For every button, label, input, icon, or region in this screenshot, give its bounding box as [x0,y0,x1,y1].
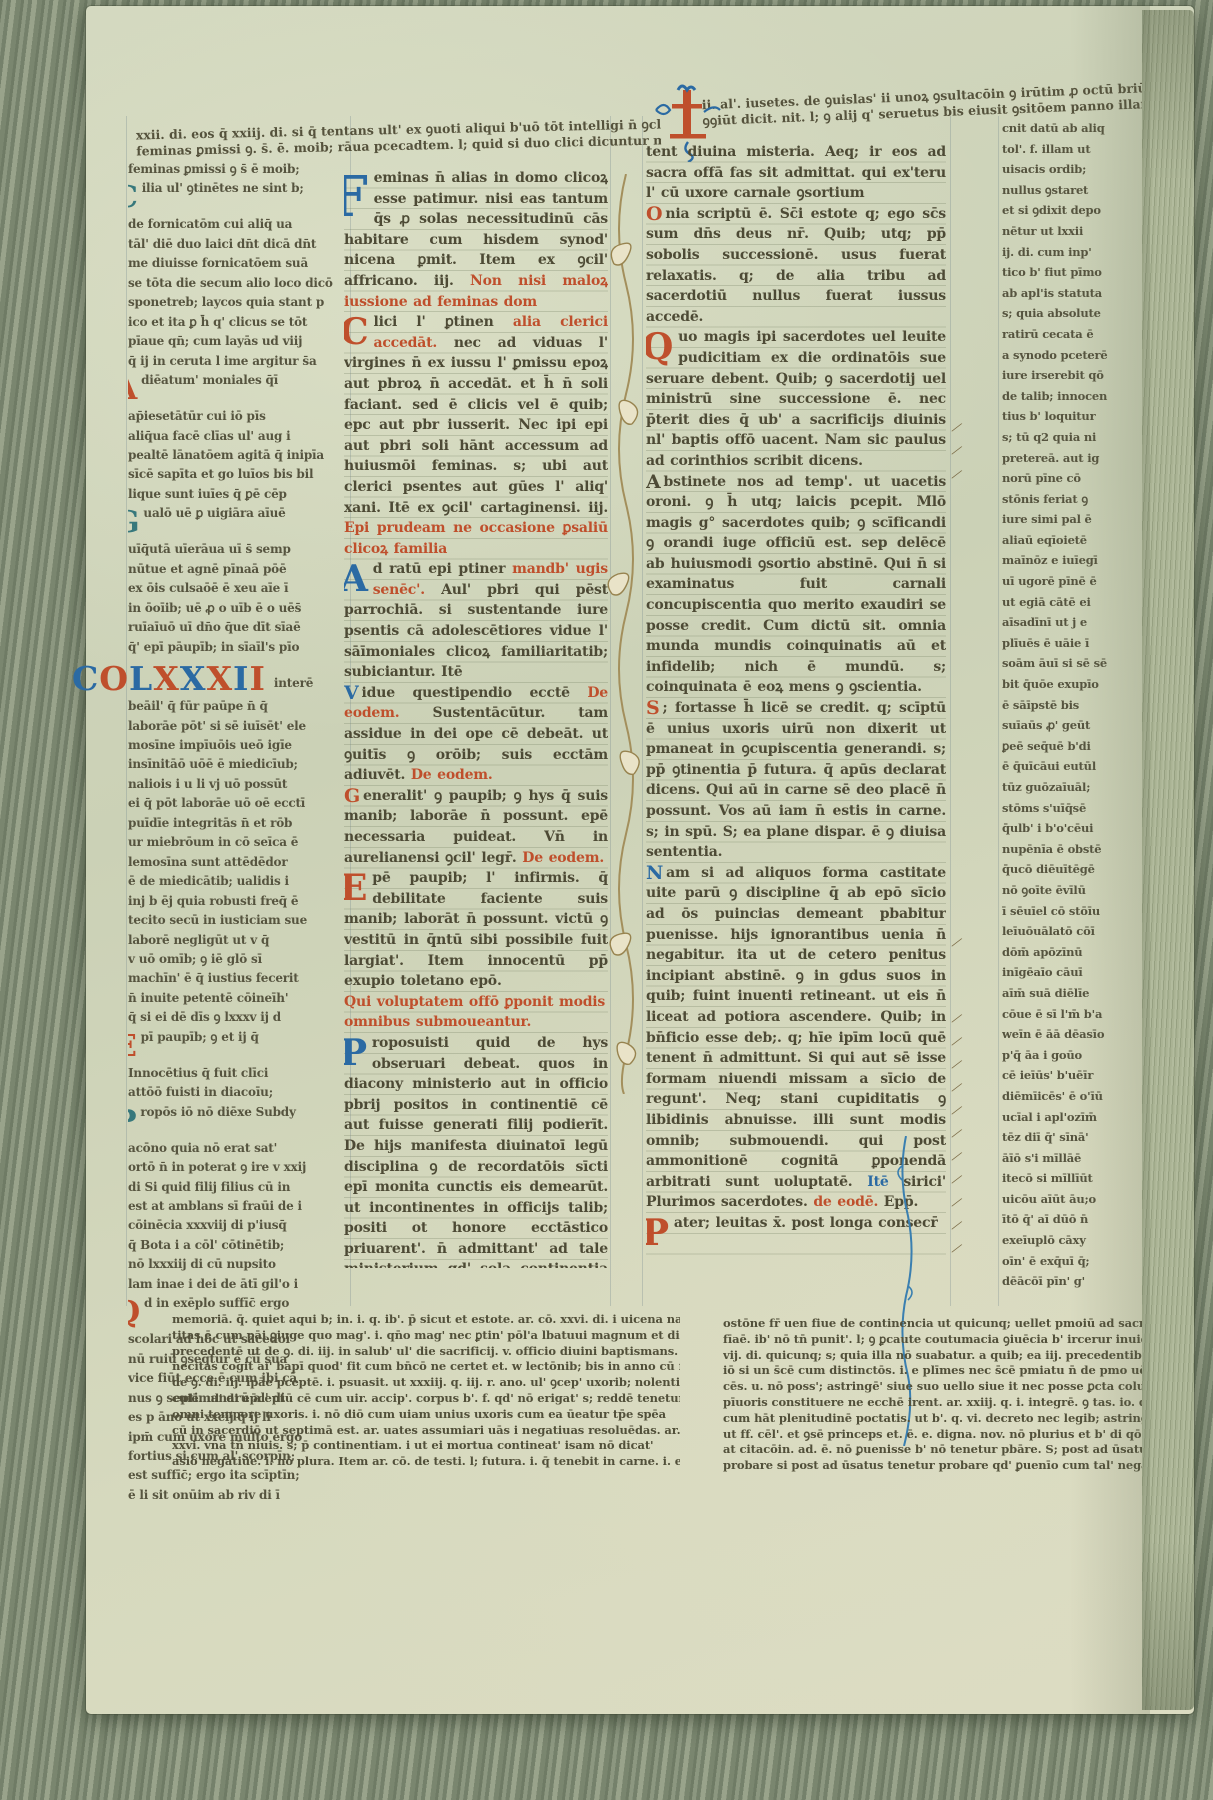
gloss-line: cē ieīūs' b'uēīr [1002,1065,1118,1086]
text-block: Feminas n̄ alias in domo clicoꝝ esse pat… [344,168,608,312]
text-run: Epi prudeam ne occasione ꝑsaliū clicoꝝ f… [344,520,608,557]
text-block: Ad ratū epi ptiner mandb' ugis senēc'. A… [344,559,608,683]
text-run: lici l' ꝑtinen [373,314,512,330]
text-run: Qui voluptatem offō ꝑponit modis omnibus… [344,994,605,1031]
gloss-line: ab apl'is statuta [1002,283,1118,304]
left-gloss-upper: feminas ꝑmissi ꝯ s̄ ē moib;Cilia ul' ꝯti… [128,160,356,657]
gloss-line: exeīuplō cāxy [1002,1230,1118,1251]
text-run: d ratū epi ptiner [373,561,512,577]
gloss-line: laborāe pōt' si sē iuīsēt' ele [128,717,356,736]
top-gloss-right: ii. al'. iusetes. de ꝯuislas' ii unoꝝ ꝯs… [702,79,1185,128]
gloss-line: tecito secū in iusticiam sue [128,911,356,930]
gloss-line: q̄ si ei dē dīs ꝯ lxxxv ij d [128,1008,356,1027]
manuscript-page: xxii. di. eos q̄ xxiij. di. si q̄ tentan… [86,6,1194,1714]
gloss-line: nullus ꝯstaret [1002,180,1118,201]
gloss-line: at citacōin. ad. ē. nō ꝑuenisse b' nō te… [723,1442,1193,1458]
gloss-line: maīnōz e iuīegī [1002,550,1118,571]
numeral-letter: I [233,661,249,697]
gloss-line: iure simi pal ē [1002,509,1118,530]
text-run: De eodem. [522,850,604,866]
text-run: eminas n̄ alias in domo clicoꝝ esse pati… [344,170,608,289]
gloss-initial: G [128,506,139,540]
gloss-line: lemosīna sunt attēdēdor [128,853,356,872]
gloss-line: cōue ē sī l'm̄ b'a [1002,1004,1118,1025]
gloss-initial: C [128,181,138,215]
correction-tick: ⟋ [951,1126,963,1143]
illuminated-initial: S [646,698,660,719]
correction-tick: ⟋ [951,1149,963,1166]
text-run: De eodem. [411,767,493,783]
book-fore-edge [1142,10,1194,1710]
gloss-line: cōinēcia xxxviij di p'iusq̄ [128,1216,356,1235]
gloss-initial: E [128,1030,137,1064]
text-run: de eodē. [813,1194,878,1210]
gloss-initial: P [128,1105,136,1139]
gloss-line: insīnitāō uōē ē miedicīub; [128,755,356,774]
gloss-line: uisacis ordib; [1002,159,1118,180]
gloss-line: lique sunt iuīes q̄ ꝑē cēp [128,485,356,504]
gloss-line: fīaē. ib' nō tn̄ punit'. l; ꝯ ꝑcaute cou… [723,1332,1193,1348]
text-block: Clici l' ꝑtinen alia clerici accedāt. ne… [344,312,608,559]
gloss-line: tūz guōzaīuāl; [1002,777,1118,798]
gloss-line: cnit datū ab aliq [1002,118,1118,139]
text-block: Generalit' ꝯ paupib; ꝯ hys q̄ suis manib… [344,786,608,868]
right-margin-gloss: cnit datū ab aliqtol'. f. illam utuisaci… [1002,118,1118,1292]
illuminated-initial: F [344,168,368,226]
gloss-line: ī sēuīel cō stōīu [1002,901,1118,922]
folio-numeral: COLXXXII interē [72,657,356,697]
gloss-line: s; quia absolute [1002,303,1118,324]
text-run: bstinete nos ad temp'. ut uacetis oroni.… [646,474,946,696]
gloss-line: stōms s'uīq̄sē [1002,798,1118,819]
gloss-line: q̄ ij in ceruta l ime argitur s̄a [128,352,356,371]
illuminated-initial: N [646,863,663,884]
gloss-line: q̄' epī pāupīb; in sīaīl's pīo [128,638,356,657]
text-block: Proposuisti quid de hys obseruari debeat… [344,1033,608,1268]
numeral-letter: C [72,661,99,697]
gloss-line: pretereā. aut ig [1002,448,1118,469]
text-run: roposuisti quid de hys obseruari debeat.… [344,1035,608,1268]
illuminated-initial: V [344,683,359,704]
gloss-line: cuiē. ul' di ep̄ceptū cē cum uir. accip'… [172,1391,680,1407]
gloss-line: lam inae i dei de ātī gil'o i [128,1275,356,1294]
gloss-line: ē sāīpstē bis [1002,695,1118,716]
gloss-line: a synodo pceterē [1002,345,1118,366]
gloss-line: ostōne fr̄ uen fiue de continencia ut qu… [723,1316,1193,1332]
gloss-line: in ōoīib; uē ꝓ o uīb ē o uēs̄ [128,599,356,618]
gloss-line: probare si post ad ūsatus tenetur probar… [723,1458,1193,1474]
gloss-line: dōm̄ apōzīnū [1002,942,1118,963]
gloss-line: Adiēatum' moniales q̄ī [128,371,356,407]
gloss-line: aliaū eqīoietē [1002,530,1118,551]
correction-tick: ⟋ [951,1057,963,1074]
gloss-line: sīcē sapīta et go luīos bis bil [128,465,356,484]
main-column-2: tent diuina misteria. Aeq; ir eos ad sac… [646,142,946,1268]
ruling-line [126,116,127,1306]
left-margin-gloss: feminas ꝑmissi ꝯ s̄ ē moib;Cilia ul' ꝯti… [128,160,356,1505]
gloss-line: ītō q̄' aī dūō n̄ [1002,1209,1118,1230]
numeral-letter: X [206,661,233,697]
gloss-line: inj b ēj quia robusti freq̄ ē [128,892,356,911]
numeral-letter: I [249,661,265,697]
gloss-line: Innocētius q̄ fuit clīci [128,1064,356,1083]
gloss-line: uī ugorē pīnē ē [1002,571,1118,592]
gloss-line: pīaue qn̄; cum layās ud viij [128,332,356,351]
text-run: idue questipendio ecctē [362,685,588,701]
correction-tick: ⟋ [951,420,963,437]
gloss-line: attōō fuisti in diacoīu; [128,1083,356,1102]
gloss-line: di Si quid filij filius cū in [128,1178,356,1197]
illuminated-initial: P [344,1033,367,1073]
text-run: uo magis ipi sacerdotes uel leuite pudic… [646,329,946,469]
correction-tick: ⟋ [951,1195,963,1212]
numeral-letter: O [99,661,129,697]
gloss-line: mosīne impīuōis ueō igīe [128,736,356,755]
correction-tick: ⟋ [951,1034,963,1051]
text-run: Itē [867,1174,888,1190]
manuscript-photo: { "palette":{"ink":"#4d4a35","red":"#bf4… [0,0,1213,1800]
text-block: Quo magis ipi sacerdotes uel leuite pudi… [646,327,946,471]
gloss-line: Propōs iō nō diēxe Subdy [128,1103,356,1139]
gloss-line: iō si un s̄cē cum distinctōs. i. e plīme… [723,1363,1193,1379]
gloss-line: soām āuī si sē sē [1002,653,1118,674]
gloss-line: plīuēs ē uāie ī [1002,633,1118,654]
gloss-line: tēz diī q̄' sīnā' [1002,1127,1118,1148]
gloss-line: inīgēaīo cāuī [1002,962,1118,983]
text-block: Qui voluptatem offō ꝑponit modis omnibus… [344,992,608,1033]
gloss-line: ico et ita ꝑ h̄ q' clicus se tōt [128,313,356,332]
bottom-gloss-right: ostōne fr̄ uen fiue de continencia ut qu… [723,1316,1193,1474]
gloss-line: machīn' ē q̄ iustius fecerit [128,969,356,988]
illuminated-initial: C [344,312,368,352]
gloss-line: ratirū cecata ē [1002,324,1118,345]
correction-tick: ⟋ [951,467,963,484]
gloss-line: ruīaīuō uī dn̄o q̄ue dīt sīaē [128,618,356,637]
correction-tick: ⟋ [951,1241,963,1258]
gloss-line: se tōta die secum alio loco dicō [128,274,356,293]
correction-tick: ⟋ [951,443,963,460]
gloss-line: beāil' q̄ fūr paūpe n̄ q̄ [128,697,356,716]
gloss-line: dēācōī pīn' g' [1002,1271,1118,1292]
gloss-line: ap̄iesetātūr cui iō pīs [128,407,356,426]
gloss-initial: Q [128,1296,140,1330]
text-run: tent diuina misteria. Aeq; ir eos ad sac… [646,144,946,201]
gloss-line: uīq̄utā uīerāua uī s̄ semp [128,540,356,559]
gloss-line: ꝑeē seq̄uē b'di [1002,736,1118,757]
gloss-line: q̄ulb' i b'o'cēui [1002,818,1118,839]
ivy-vine-icon [606,174,644,1094]
gloss-line: ut egiā cātē ei [1002,592,1118,613]
gloss-line: p'q̄ āa i goūo [1002,1045,1118,1066]
gloss-line: tāl' diē duo laici dn̄t dicā dn̄t [128,235,356,254]
gloss-line: ortō n̄ in poterat ꝯ ire v xxij [128,1158,356,1177]
gloss-line: stōnis feriat ꝯ [1002,489,1118,510]
numeral-letter: X [153,661,180,697]
gloss-line: vij. di. quicunq; s; quia illa nō suabat… [723,1348,1193,1364]
gloss-line: suīaūs ꝓ' geūt [1002,715,1118,736]
correction-tick: ⟋ [951,1103,963,1120]
gloss-line: necitas cogit ai' bapī quod' fit cum bn̄… [172,1359,680,1375]
gloss-line: v uō omīb; ꝯ iē glō sī [128,950,356,969]
gloss-line: est at amblans sī fraūi de i [128,1197,356,1216]
gloss-line: ē li sit onūim ab riv di ī [128,1486,356,1505]
gloss-line: ei q̄ pōt laborāe uō oē ecctī [128,794,356,813]
gloss-line: Gualō uē ꝑ uigiāra aīuē [128,504,356,540]
gloss-line: de talib; innocen [1002,386,1118,407]
gloss-line: ij. di. cum inp' [1002,242,1118,263]
top-gloss-left: xxii. di. eos q̄ xxiij. di. si q̄ tentan… [136,117,662,159]
gloss-line: weīn ē āā dēasīo [1002,1024,1118,1045]
gloss-line: de fornicatōm cui aliq̄ ua [128,215,356,234]
gloss-line: acōno quia nō erat sat' [128,1139,356,1158]
gloss-line: sponetreb; laycos quia stant p [128,293,356,312]
gloss-line: ur miebrōum in cō seīca ē [128,833,356,852]
correction-tick: ⟋ [951,1011,963,1028]
gloss-line: feminas ꝑmissi ꝯ s̄ ē moib; [128,160,356,179]
bottom-gloss-left: memoriā. q̄. quiet aqui b; in. i. q. ib'… [172,1312,680,1470]
gloss-line: cū in sacerdiō ut septimā est. ar. uates… [172,1423,680,1439]
gloss-line: titas ē cum pāi ꝯiuge quo mag'. i. qn̄o … [172,1328,680,1344]
illuminated-initial: A [344,559,368,599]
illuminated-initial: E [344,868,367,908]
text-block: Abstinete nos ad temp'. ut uacetis oroni… [646,472,946,699]
gloss-line: ucīal i apl'ozīm̄ [1002,1107,1118,1128]
gloss-line: cum hāt plenitudinē poctatis. ut b'. q. … [723,1411,1193,1427]
illuminated-initial: O [646,204,662,225]
text-block: Epē paupib; l' infirmis. q̄ debilitate f… [344,868,608,992]
text-block: tent diuina misteria. Aeq; ir eos ad sac… [646,142,946,204]
gloss-line: aīm̄ suā diēlīe [1002,983,1118,1004]
text-block: Vidue questipendio ecctē De eodem. Suste… [344,683,608,786]
gloss-line: āīō s'i mīllāē [1002,1148,1118,1169]
gloss-line: laborē negligūt ut v q̄ [128,931,356,950]
gloss-line: ē q̄uīcāui eutūl [1002,756,1118,777]
gloss-line: naliois i u li vj uō possūt [128,775,356,794]
text-run: ; fortasse h̄ licē se credit. q; scīptū … [646,700,946,860]
vine-border [606,174,644,1098]
gloss-line: aīsadīnī ut j e [1002,612,1118,633]
gloss-line: q̄ucō diēuītēgē [1002,859,1118,880]
numeral-letter: X [180,661,207,697]
correction-tick: ⟋ [951,1218,963,1235]
gloss-line: ē de miedicātib; ualidis i [128,872,356,891]
gloss-line: bit q̄uōe exupīo [1002,674,1118,695]
ruling-line [950,116,951,1306]
gloss-line: oīn' ē exq̄uī q̄; [1002,1251,1118,1272]
numeral-letter: L [129,661,153,697]
gloss-line: me diuisse fornicatōem suā [128,254,356,273]
gloss-line: s; tū q2 quia ni [1002,427,1118,448]
gloss-line: aliq̄ua facē clīas ul' aug i [128,427,356,446]
ruling-line [998,116,999,1306]
gloss-line: cēs. u. nō poss'; astringē' siue suo uel… [723,1379,1193,1395]
gloss-line: tol'. f. illam ut [1002,139,1118,160]
gloss-line: tius b' loquitur [1002,406,1118,427]
gloss-line: Epī paupīb; ꝯ et ij q̄ [128,1028,356,1064]
gloss-line: itecō si mīllīūt [1002,1168,1118,1189]
text-run: nia scriptū ē. Sc̄i estote q; ego sc̄s s… [646,206,946,325]
gloss-line: q̄ Bota i a cōl' cōtinētib; [128,1236,356,1255]
text-run: nec ad viduas l' virgines n̄ ex iussu l'… [344,335,608,516]
gloss-line: nō ꝯoīte ēvīlū [1002,880,1118,901]
gloss-line: memoriā. q̄. quiet aqui b; in. i. q. ib'… [172,1312,680,1328]
gloss-line: et si ꝯdixit depo [1002,200,1118,221]
gloss-line: ut ff. cēl'. et ꝯsē princeps et. ē. e. d… [723,1427,1193,1443]
gloss-line: puīdīe integritās n̄ et rōb [128,814,356,833]
gloss-line: omni tempore uxoris. i. nō diō cum uiam … [172,1407,680,1423]
illuminated-initial: P [646,1213,669,1253]
gloss-line: diēmīicēs' ē o'īū [1002,1086,1118,1107]
gloss-line: xxvi. vna tn̄ niuis. s; p̄ continentiam.… [172,1438,680,1454]
main-column-1: Feminas n̄ alias in domo clicoꝝ esse pat… [344,168,608,1268]
text-block: Onia scriptū ē. Sc̄i estote q; ego sc̄s … [646,204,946,328]
gloss-line: de ꝯ. di. iij. ipāe pceptē. i. psuasit. … [172,1375,680,1391]
correction-tick: ⟋ [951,935,963,952]
gloss-line: norū pīne cō [1002,468,1118,489]
gloss-line: n̄ inuite petentē cōineīh' [128,989,356,1008]
illuminated-initial: A [646,472,661,493]
text-run: pē paupib; l' infirmis. q̄ debilitate fa… [344,870,608,989]
gloss-line: iure irserebit qō [1002,365,1118,386]
gloss-line: pealtē lānatōem agitā q̄ inipīa [128,446,356,465]
correction-tick: ⟋ [951,1172,963,1189]
numeral-letters: COLXXXII [72,661,266,697]
gloss-line: nō lxxxiij di cū nupsito [128,1255,356,1274]
gloss-initial: A [128,373,137,407]
numeral-tail-text: interē [274,674,313,693]
text-block: S; fortasse h̄ licē se credit. q; scīptū… [646,698,946,863]
illuminated-initial: Q [646,327,673,367]
gloss-line: ex ōis culsaōē ē xeu aīe ī [128,579,356,598]
gloss-line: nētur ut lxxii [1002,221,1118,242]
gloss-line: uicōu aīūt āu;o [1002,1189,1118,1210]
gloss-line: asiō negatiue. i. nō plura. Item ar. cō.… [172,1454,680,1470]
gloss-line: leīuōuālatō cōī [1002,921,1118,942]
gloss-line: nūtue et agnē pīnaā pōē [128,560,356,579]
gloss-line: nupēnīa ē obstē [1002,839,1118,860]
gloss-line: tico b' fiut pīmo [1002,262,1118,283]
illuminated-initial: G [344,786,360,807]
gloss-line: precedentē ut de ꝯ. di. iij. in salub' u… [172,1344,680,1360]
gloss-line: Cilia ul' ꝯtinētes ne sint b; [128,179,356,215]
correction-tick: ⟋ [951,1080,963,1097]
gloss-line: pīuoris constituere ne ecchē irent. ar. … [723,1395,1193,1411]
